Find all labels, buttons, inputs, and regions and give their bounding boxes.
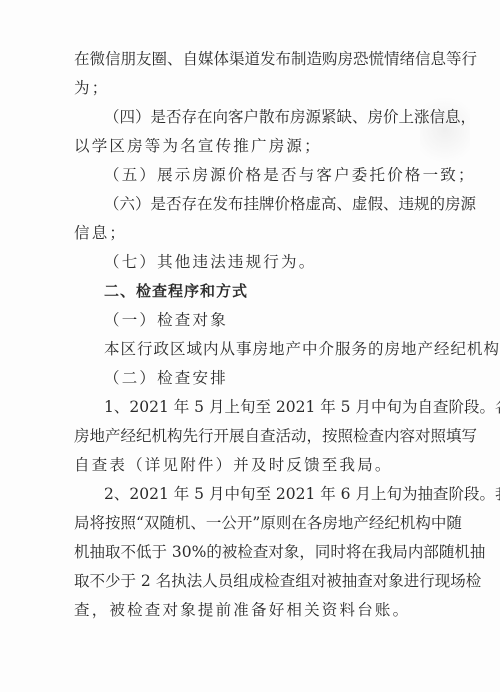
text-line: 在微信朋友圈、自媒体渠道发布制造购房恐慌情绪信息等行	[74, 49, 436, 69]
text-line: 2、2021 年 5 月中旬至 2021 年 6 月上旬为抽查阶段。我	[104, 484, 436, 504]
text-line: 机抽取不低于 30%的被检查对象，同时将在我局内部随机抽	[74, 542, 436, 562]
text-line: （四）是否存在向客户散布房源紧缺、房价上涨信息，	[104, 107, 436, 127]
text-line: （六）是否存在发布挂牌价格虚高、虚假、违规的房源	[104, 194, 436, 214]
text-line: 以学区房等为名宣传推广房源；	[74, 136, 322, 156]
text-line: 自查表（详见附件）并及时反馈至我局。	[74, 455, 393, 475]
text-line: 为；	[74, 78, 109, 98]
text-line: 查，被检查对象提前准备好相关资料台账。	[74, 600, 410, 620]
text-line: 局将按照“双随机、一公开”原则在各房地产经纪机构中随	[74, 513, 436, 533]
text-line: （五）展示房源价格是否与客户委托价格一致；	[104, 165, 476, 185]
scan-noise	[420, 90, 470, 170]
section-heading: 二、检查程序和方式	[104, 281, 248, 301]
text-line: 信息；	[74, 223, 127, 243]
text-line: 1、2021 年 5 月上旬至 2021 年 5 月中旬为自查阶段。各	[104, 397, 436, 417]
subsection-heading: （一）检查对象	[104, 310, 228, 330]
subsection-heading: （二）检查安排	[104, 368, 228, 388]
text-line: （七）其他违法违规行为。	[104, 252, 316, 272]
text-line: 房地产经纪机构先行开展自查活动，按照检查内容对照填写	[74, 426, 436, 446]
text-line: 本区行政区域内从事房地产中介服务的房地产经纪机构。	[104, 339, 500, 359]
text-line: 取不少于 2 名执法人员组成检查组对被抽查对象进行现场检	[74, 571, 436, 591]
document-page: 在微信朋友圈、自媒体渠道发布制造购房恐慌情绪信息等行 为； （四）是否存在向客户…	[0, 0, 500, 692]
